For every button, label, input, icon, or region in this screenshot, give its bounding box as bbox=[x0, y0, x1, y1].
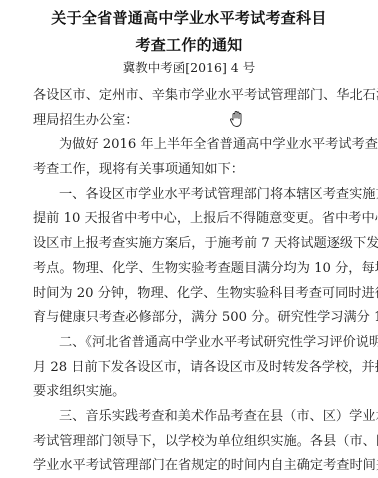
document-title-line-2: 考查工作的通知 bbox=[0, 34, 378, 55]
body-line: 理局招生办公室： bbox=[33, 109, 363, 134]
body-line: 考试管理部门领导下，以学校为单位组织实施。各县（市、区） bbox=[33, 430, 363, 455]
body-line: 考查工作，现将有关事项通知如下： bbox=[33, 158, 363, 183]
body-line: 考点。物理、化学、生物实验考查题目满分均为 10 分，每场施考 bbox=[33, 257, 363, 282]
body-line: 时间为 20 分钟，物理、化学、生物实验科目考查可同时进行。体 bbox=[33, 282, 363, 307]
body-line: 二、《河北省普通高中学业水平考试研究性学习评价说明》3 bbox=[33, 331, 363, 356]
body-line: 月 28 日前下发各设区市，请各设区市及时转发各学校，并按相关 bbox=[33, 356, 363, 381]
document-body: 各设区市、定州市、辛集市学业水平考试管理部门、华北石油管 理局招生办公室： 为做… bbox=[33, 84, 363, 478]
hand-pointer-icon bbox=[229, 110, 245, 128]
document-title-line-1: 关于全省普通高中学业水平考试考查科目 bbox=[0, 7, 378, 28]
body-line: 育与健康只考查必修部分，满分 500 分。研究性学习满分 100 分。 bbox=[33, 306, 363, 331]
body-line: 一、各设区市学业水平考试管理部门将本辖区考查实施方案， bbox=[33, 183, 363, 208]
body-line: 提前 10 天报省中考中心，上报后不得随意变更。省中考中心在各 bbox=[33, 207, 363, 232]
document-page: 关于全省普通高中学业水平考试考查科目 考查工作的通知 冀教中考函[2016] 4… bbox=[0, 0, 378, 478]
body-line: 设区市上报考查实施方案后，于施考前 7 天将试题逐级下发至各 bbox=[33, 232, 363, 257]
document-number: 冀教中考函[2016] 4 号 bbox=[0, 58, 378, 76]
body-line: 为做好 2016 年上半年全省普通高中学业水平考试考查科目 bbox=[33, 133, 363, 158]
body-line: 各设区市、定州市、辛集市学业水平考试管理部门、华北石油管 bbox=[33, 84, 363, 109]
body-line: 要求组织实施。 bbox=[33, 380, 363, 405]
body-line: 三、音乐实践考查和美术作品考查在县（市、区）学业水平 bbox=[33, 405, 363, 430]
body-line: 学业水平考试管理部门在省规定的时间内自主确定考查时间并监 bbox=[33, 454, 363, 478]
